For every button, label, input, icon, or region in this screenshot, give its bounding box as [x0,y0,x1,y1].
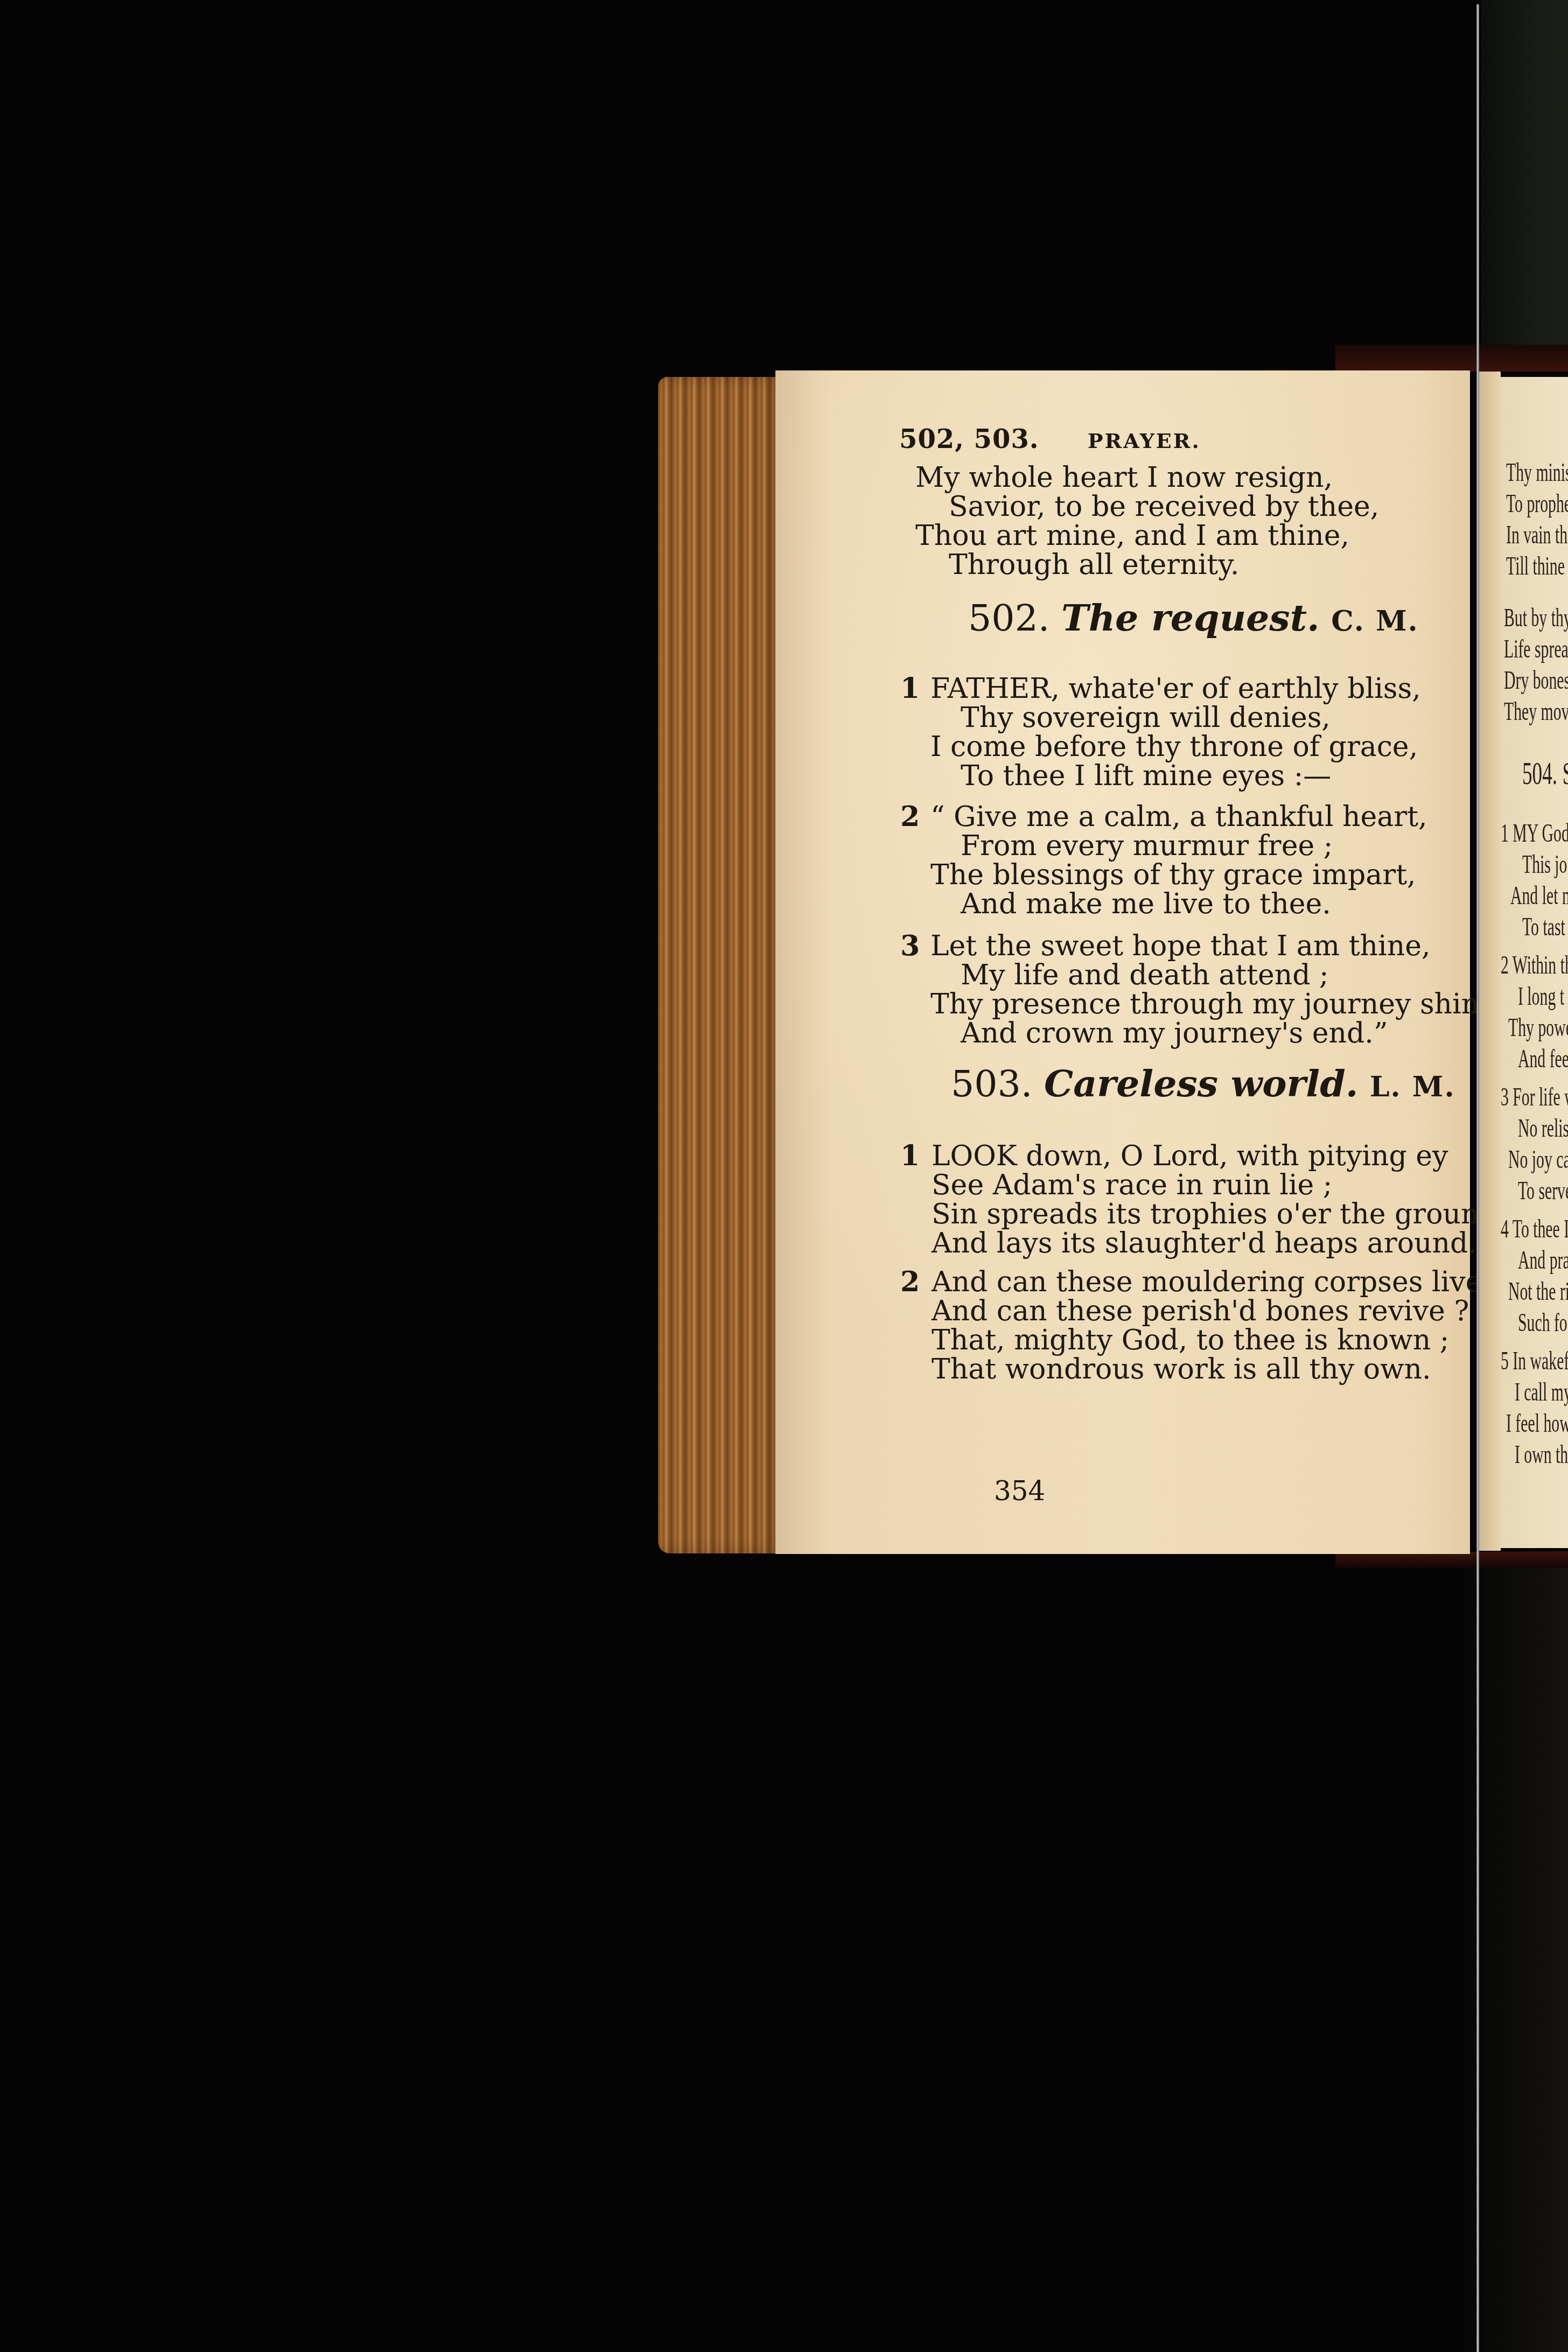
facing-line: 5 In wakef [1501,1346,1568,1376]
facing-line: Thy minist [1506,458,1568,487]
verse-line: From every murmur free ; [961,830,1333,862]
verse-line: FATHER, whate'er of earthly bliss, [930,673,1421,704]
verse-line: That wondrous work is all thy own. [932,1354,1431,1385]
facing-hymn-title: 504. S [1522,755,1568,792]
verse-line: Let the sweet hope that I am thine, [930,930,1431,962]
verse-line: I come before thy throne of grace, [930,731,1418,762]
verse-line: LOOK down, O Lord, with pitying ey [932,1140,1448,1172]
facing-line: No joy ca [1508,1145,1568,1174]
verse-line: And make me live to thee. [961,888,1331,920]
continuation-line: My whole heart I now resign, [915,462,1333,493]
hymn-title-503: 503. Careless world. L. M. [951,1062,1455,1105]
facing-line: I long t [1518,982,1564,1011]
facing-page-gutter [1479,372,1501,1551]
hymn-name: Careless world. [1044,1062,1358,1105]
verse-line: That, mighty God, to thee is known ; [932,1325,1449,1356]
facing-line: Life spreads [1504,634,1568,664]
facing-line: Not the ri [1508,1277,1568,1306]
facing-line: To serve [1518,1176,1568,1206]
verse-line: Thy sovereign will denies, [961,702,1331,733]
facing-line: They move [1504,697,1568,726]
page-number: 354 [994,1475,1045,1507]
facing-line: Such fo [1518,1308,1567,1338]
verse-line: Thy presence through my journey shine [930,989,1496,1020]
facing-line: And pra [1518,1245,1568,1275]
continuation-line: Thou art mine, and I am thine, [915,520,1349,551]
red-page-edge-bottom [1335,1552,1568,1568]
hymn-number: 502. [968,597,1049,640]
facing-line: I own th [1515,1440,1568,1469]
facing-line: But by thy [1504,603,1568,633]
hymn-meter: L. M. [1370,1070,1455,1103]
facing-line: Till thine a [1506,551,1568,581]
hymn-name: The request. [1061,597,1320,640]
verse-line: To thee I lift mine eyes :— [961,760,1331,792]
verse-line: And can these perish'd bones revive ? [932,1296,1469,1327]
cover-bottom [1465,1551,1568,2352]
facing-line: To tast [1522,912,1565,942]
hymn-meter: C. M. [1331,605,1418,638]
facing-line: This jo [1522,850,1567,879]
facing-line: 1 MY God, [1501,818,1568,848]
verse-line: Sin spreads its trophies o'er the ground [932,1199,1497,1230]
page-edge-stack [658,377,785,1553]
verse-number: 1 [900,673,920,704]
facing-line: Thy powe [1508,1013,1568,1042]
red-page-edge-top [1335,345,1568,372]
header-section: PRAYER. [1088,429,1201,453]
hymn-title-502: 502. The request. C. M. [968,597,1419,640]
facing-line: Dry bones c [1504,666,1568,695]
facing-line: To prophes [1506,489,1568,519]
facing-line: No relis [1518,1114,1568,1143]
facing-line: 4 To thee I [1501,1214,1568,1244]
facing-page: Thy minist To prophes In vain the Till t… [1501,377,1568,1548]
facing-line: And let m [1510,881,1568,911]
facing-line: 2 Within th [1501,950,1568,980]
verse-number: 2 [900,1266,920,1298]
running-header: 502, 503. PRAYER. [899,424,1384,457]
verse-line: And can these mouldering corpses live [932,1266,1482,1298]
header-hymn-numbers: 502, 503. [899,424,1039,454]
cover-top [1481,0,1568,372]
facing-line: 3 For life w [1501,1082,1568,1112]
hymn-number: 503. [951,1063,1032,1105]
verse-line: See Adam's race in ruin lie ; [932,1170,1332,1201]
verse-line: And lays its slaughter'd heaps around. [932,1228,1477,1259]
verse-line: My life and death attend ; [961,960,1329,991]
verse-line: The blessings of thy grace impart, [930,859,1416,891]
verse-number: 2 [900,801,920,832]
facing-line: And fee [1518,1044,1568,1074]
facing-line: I feel how [1506,1409,1568,1438]
verse-number: 1 [900,1140,920,1172]
scanner-vertical-rule [1476,4,1479,2352]
continuation-line: Savior, to be received by thee, [949,491,1379,522]
continuation-line: Through all eternity. [949,549,1239,580]
facing-line: I call my [1515,1377,1568,1407]
verse-line: And crown my journey's end.” [961,1018,1388,1049]
facing-line: In vain the [1506,520,1568,550]
verse-number: 3 [900,930,920,962]
verse-line: “ Give me a calm, a thankful heart, [930,801,1427,832]
book-page: 502, 503. PRAYER. My whole heart I now r… [775,370,1470,1554]
